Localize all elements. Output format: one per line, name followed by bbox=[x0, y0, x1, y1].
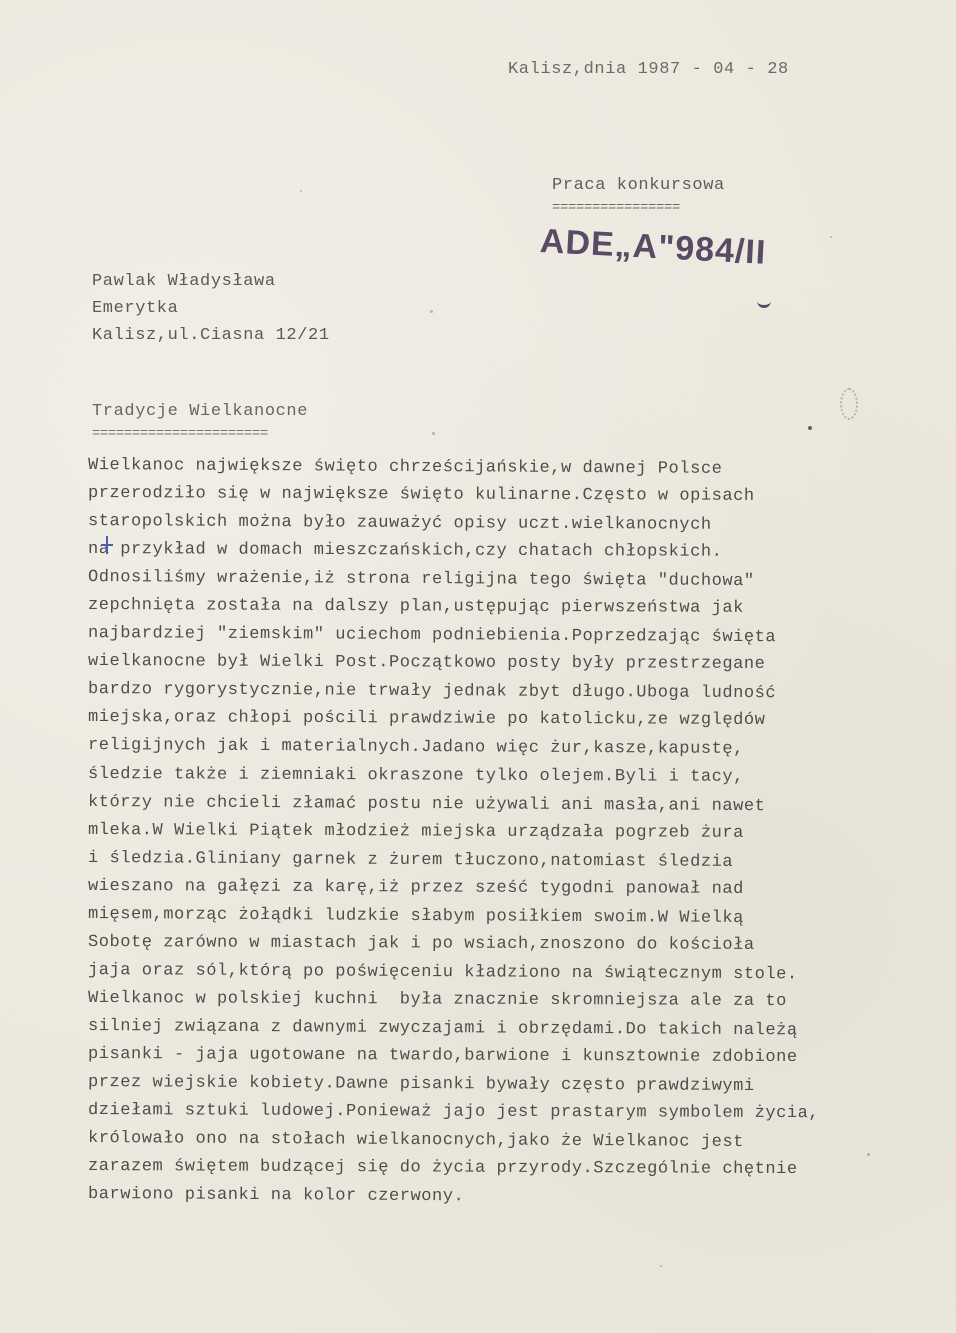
scanned-document-page: Kalisz,dnia 1987 - 04 - 28 Praca konkurs… bbox=[0, 0, 956, 1333]
title-underline: ====================== bbox=[92, 426, 268, 442]
archive-reference-handwritten: ADE„A"984/II bbox=[539, 222, 767, 273]
body-line: zarazem świętem budzącej się do życia pr… bbox=[88, 1153, 888, 1185]
body-line: mleka.W Wielki Piątek młodzież miejska u… bbox=[88, 817, 888, 849]
body-line: wielkanocne był Wielki Post.Początkowo p… bbox=[88, 648, 888, 680]
author-address: Kalisz,ul.Ciasna 12/21 bbox=[92, 322, 330, 349]
contest-label-underline: ================ bbox=[552, 200, 680, 216]
body-line: przerodziło się w największe święto kuli… bbox=[88, 480, 888, 512]
paper-smudge bbox=[840, 388, 858, 420]
body-line: pisanki - jaja ugotowane na twardo,barwi… bbox=[88, 1041, 888, 1073]
paper-speck bbox=[660, 1265, 662, 1267]
body-line: miejska,oraz chłopi pościli prawdziwie p… bbox=[88, 704, 888, 736]
body-line: Wielkanoc w polskiej kuchni była znaczni… bbox=[88, 985, 888, 1017]
handwritten-tick-mark bbox=[757, 300, 771, 308]
essay-body: Wielkanoc największe święto chrześcijańs… bbox=[88, 452, 888, 1209]
body-line: barwiono pisanki na kolor czerwony. bbox=[88, 1181, 888, 1214]
body-line: dziełami sztuki ludowej.Ponieważ jajo je… bbox=[88, 1097, 888, 1129]
body-line: na przykład w domach mieszczańskich,czy … bbox=[88, 536, 888, 568]
blue-pen-mark-icon bbox=[106, 536, 108, 554]
body-line: śledzie także i ziemniaki okraszone tylk… bbox=[88, 761, 888, 793]
body-line: Sobotę zarówno w miastach jak i po wsiac… bbox=[88, 929, 888, 961]
paper-speck bbox=[432, 432, 435, 435]
paper-speck bbox=[867, 1153, 870, 1156]
paper-speck bbox=[430, 310, 433, 313]
paper-speck bbox=[300, 190, 302, 192]
place-and-date: Kalisz,dnia 1987 - 04 - 28 bbox=[508, 60, 789, 79]
body-line: wieszano na gałęzi za karę,iż przez sześ… bbox=[88, 873, 888, 905]
author-occupation: Emerytka bbox=[92, 295, 330, 322]
author-block: Pawlak Władysława Emerytka Kalisz,ul.Cia… bbox=[92, 268, 330, 349]
document-title: Tradycje Wielkanocne bbox=[92, 402, 308, 421]
body-line: religijnych jak i materialnych.Jadano wi… bbox=[88, 732, 888, 765]
paper-speck bbox=[808, 426, 812, 430]
author-name: Pawlak Władysława bbox=[92, 268, 330, 295]
body-line: zepchnięta została na dalszy plan,ustępu… bbox=[88, 592, 888, 624]
contest-entry-label: Praca konkursowa bbox=[552, 176, 725, 195]
paper-speck bbox=[830, 236, 832, 238]
